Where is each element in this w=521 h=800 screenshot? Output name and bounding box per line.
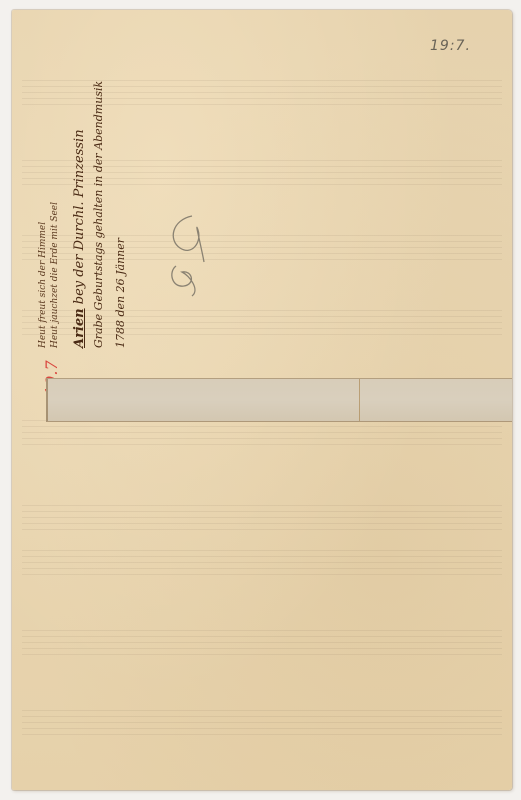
inscription-line-1: Heut freut sich der Himmel [38,222,48,348]
inscription-date-line: 1788 den 26 Jänner [114,238,127,348]
scan-background: 19:7. 19.7 Heut freut sich der Himmel He… [0,0,521,800]
bleed-through-staff [22,710,502,736]
bleed-through-staff [22,505,502,531]
inscription-line-2: Heut jauchzet die Erde mit Seel [50,202,60,348]
paper-repair-tape [46,378,512,422]
pencil-monogram-icon [162,210,212,300]
pencil-shelf-mark: 19:7. [430,38,471,54]
bleed-through-staff [22,550,502,576]
title-word-arien: Arien [72,308,87,348]
title-line-rest: bey der Durchl. Prinzessin [72,129,87,308]
tape-seam [359,379,360,421]
inscription-line-4: Grabe Geburtstags gehalten in der Abendm… [92,81,105,348]
manuscript-sheet: 19:7. 19.7 Heut freut sich der Himmel He… [12,10,512,790]
bleed-through-staff [22,420,502,446]
inscription-title-line: Arien bey der Durchl. Prinzessin [72,129,87,348]
rotated-inscription: 19.7 Heut freut sich der Himmel Heut jau… [32,80,152,400]
bleed-through-staff [22,630,502,656]
